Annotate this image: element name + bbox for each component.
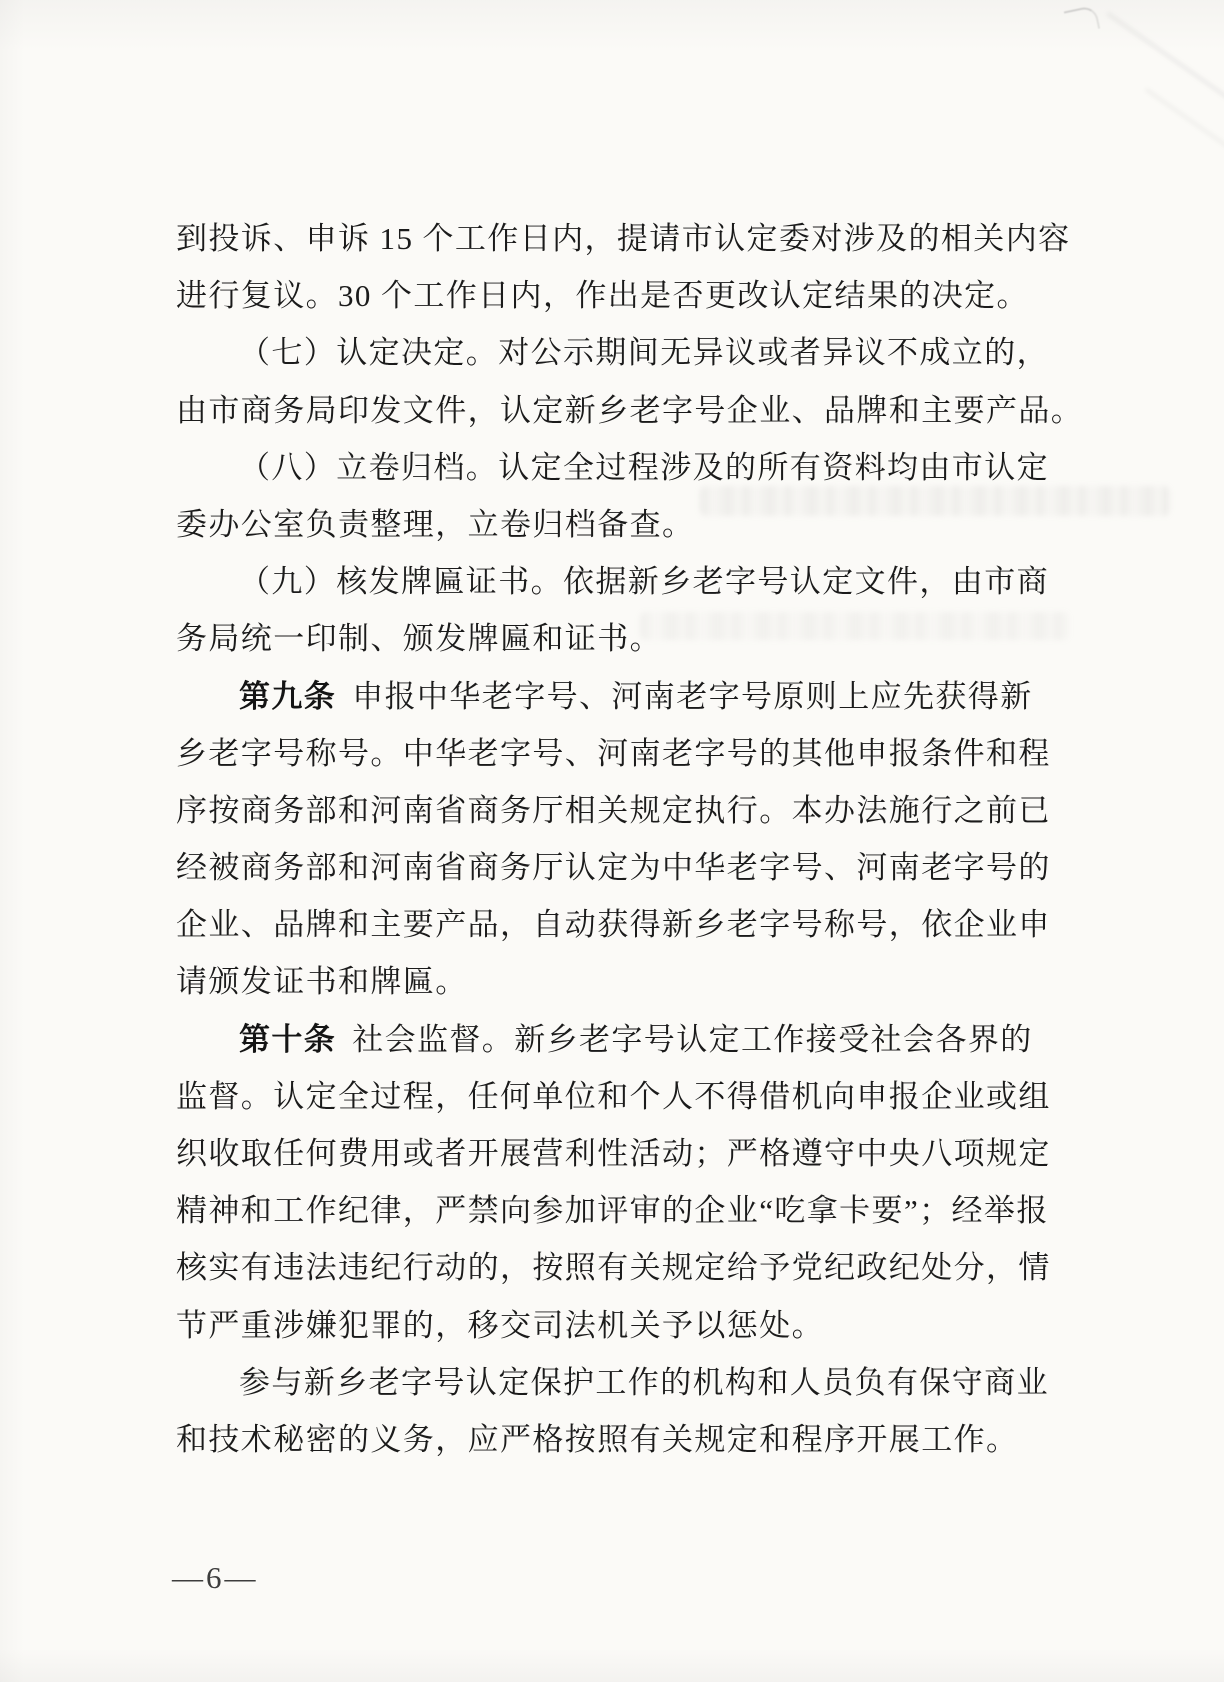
line-text: 乡老字号称号。中华老字号、河南老字号的其他申报条件和程 xyxy=(176,736,1051,771)
text-line: 参与新乡老字号认定保护工作的机构和人员负有保守商业 xyxy=(176,1354,1062,1411)
paragraph-indent xyxy=(176,362,239,363)
line-text: （七）认定决定。对公示期间无异议或者异议不成立的， xyxy=(239,335,1049,370)
scan-artifact xyxy=(1064,5,1100,35)
paragraph-indent xyxy=(176,1049,239,1050)
scan-artifact xyxy=(1107,12,1224,100)
line-text: 经被商务部和河南省商务厅认定为中华老字号、河南老字号的 xyxy=(176,850,1051,885)
text-line: 请颁发证书和牌匾。 xyxy=(176,953,1062,1010)
text-line: 监督。认定全过程，任何单位和个人不得借机向申报企业或组 xyxy=(176,1068,1062,1125)
article-number: 第九条 xyxy=(239,679,336,714)
line-text: 序按商务部和河南省商务厅相关规定执行。本办法施行之前已 xyxy=(176,793,1051,828)
text-line: 织收取任何费用或者开展营利性活动；严格遵守中央八项规定 xyxy=(176,1125,1062,1182)
article-number: 第十条 xyxy=(239,1022,336,1057)
paragraph-indent xyxy=(176,477,239,478)
line-text: （九）核发牌匾证书。依据新乡老字号认定文件，由市商 xyxy=(239,564,1049,599)
line-text: 精神和工作纪律，严禁向参加评审的企业“吃拿卡要”；经举报 xyxy=(176,1193,1049,1228)
line-text: 务局统一印制、颁发牌匾和证书。 xyxy=(176,621,662,656)
line-text: 请颁发证书和牌匾。 xyxy=(176,964,468,999)
text-line: 委办公室负责整理，立卷归档备查。 xyxy=(176,496,1062,553)
text-line: 核实有违法违纪行动的，按照有关规定给予党纪政纪处分，情 xyxy=(176,1239,1062,1296)
text-line: 第九条申报中华老字号、河南老字号原则上应先获得新 xyxy=(176,668,1062,725)
paragraph-indent xyxy=(176,706,239,707)
line-text: （八）立卷归档。认定全过程涉及的所有资料均由市认定 xyxy=(239,450,1049,485)
text-line: 企业、品牌和主要产品，自动获得新乡老字号称号，依企业申 xyxy=(176,896,1062,953)
text-line: 精神和工作纪律，严禁向参加评审的企业“吃拿卡要”；经举报 xyxy=(176,1182,1062,1239)
text-line: 经被商务部和河南省商务厅认定为中华老字号、河南老字号的 xyxy=(176,839,1062,896)
document-body: 到投诉、申诉 15 个工作日内，提请市认定委对涉及的相关内容进行复议。30 个工… xyxy=(176,210,1062,1468)
line-text: 监督。认定全过程，任何单位和个人不得借机向申报企业或组 xyxy=(176,1079,1051,1114)
line-text: 进行复议。30 个工作日内，作出是否更改认定结果的决定。 xyxy=(176,278,1029,313)
line-text: 到投诉、申诉 15 个工作日内，提请市认定委对涉及的相关内容 xyxy=(176,221,1071,256)
text-line: 第十条社会监督。新乡老字号认定工作接受社会各界的 xyxy=(176,1011,1062,1068)
line-text: 委办公室负责整理，立卷归档备查。 xyxy=(176,507,694,542)
text-line: 序按商务部和河南省商务厅相关规定执行。本办法施行之前已 xyxy=(176,782,1062,839)
line-text: 节严重涉嫌犯罪的，移交司法机关予以惩处。 xyxy=(176,1308,824,1343)
line-text: 企业、品牌和主要产品，自动获得新乡老字号称号，依企业申 xyxy=(176,907,1051,942)
paragraph-indent xyxy=(176,1392,239,1393)
text-line: 和技术秘密的义务，应严格按照有关规定和程序开展工作。 xyxy=(176,1411,1062,1468)
scan-artifact xyxy=(1145,88,1224,165)
line-text: 参与新乡老字号认定保护工作的机构和人员负有保守商业 xyxy=(239,1365,1049,1400)
line-text: 申报中华老字号、河南老字号原则上应先获得新 xyxy=(352,679,1032,714)
text-line: （八）立卷归档。认定全过程涉及的所有资料均由市认定 xyxy=(176,439,1062,496)
line-text: 由市商务局印发文件，认定新乡老字号企业、品牌和主要产品。 xyxy=(176,393,1083,428)
scanned-document-page: 到投诉、申诉 15 个工作日内，提请市认定委对涉及的相关内容进行复议。30 个工… xyxy=(0,0,1224,1682)
text-line: 由市商务局印发文件，认定新乡老字号企业、品牌和主要产品。 xyxy=(176,382,1062,439)
line-text: 核实有违法违纪行动的，按照有关规定给予党纪政纪处分，情 xyxy=(176,1250,1051,1285)
line-text: 社会监督。新乡老字号认定工作接受社会各界的 xyxy=(352,1022,1032,1057)
text-line: （七）认定决定。对公示期间无异议或者异议不成立的， xyxy=(176,324,1062,381)
paragraph-indent xyxy=(176,591,239,592)
text-line: 进行复议。30 个工作日内，作出是否更改认定结果的决定。 xyxy=(176,267,1062,324)
line-text: 织收取任何费用或者开展营利性活动；严格遵守中央八项规定 xyxy=(176,1136,1051,1171)
text-line: 乡老字号称号。中华老字号、河南老字号的其他申报条件和程 xyxy=(176,725,1062,782)
text-line: 到投诉、申诉 15 个工作日内，提请市认定委对涉及的相关内容 xyxy=(176,210,1062,267)
page-number: —6— xyxy=(172,1556,259,1600)
text-line: 务局统一印制、颁发牌匾和证书。 xyxy=(176,610,1062,667)
text-line: 节严重涉嫌犯罪的，移交司法机关予以惩处。 xyxy=(176,1297,1062,1354)
text-line: （九）核发牌匾证书。依据新乡老字号认定文件，由市商 xyxy=(176,553,1062,610)
line-text: 和技术秘密的义务，应严格按照有关规定和程序开展工作。 xyxy=(176,1422,1018,1457)
